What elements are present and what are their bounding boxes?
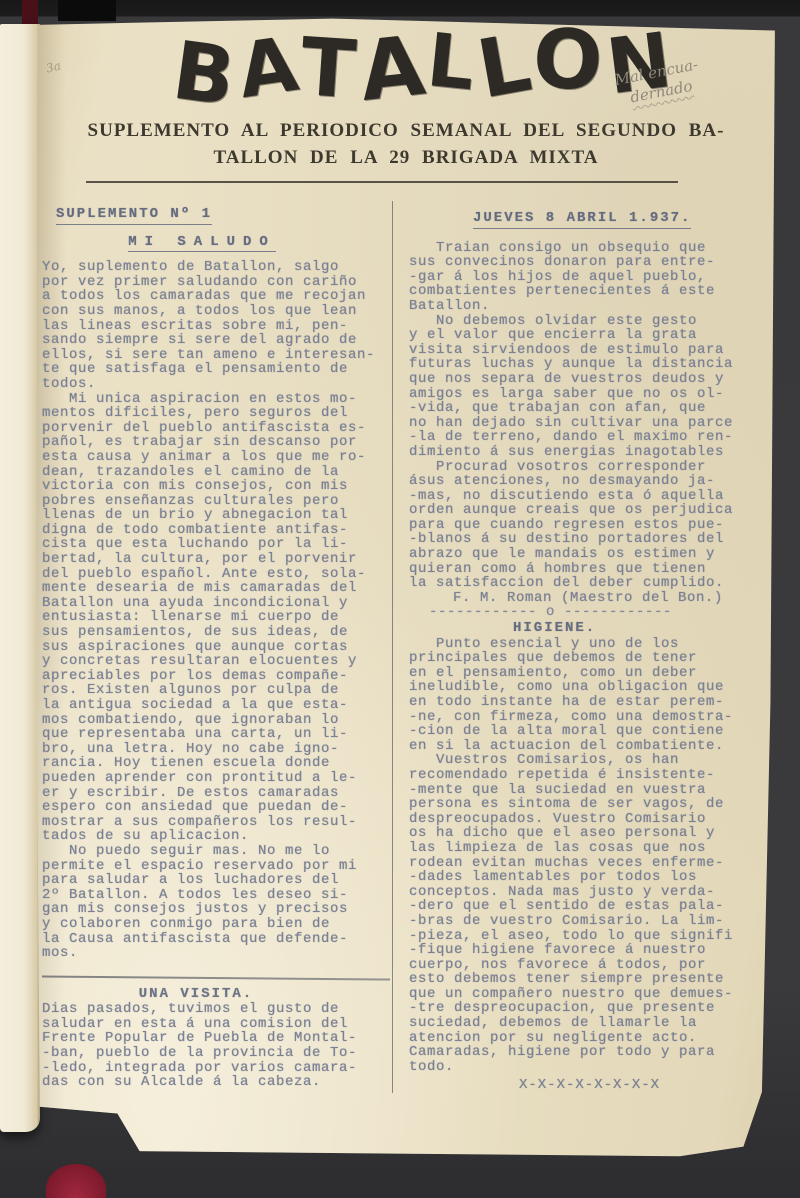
higiene-paragraph-1: Punto esencial y uno de los principales … <box>409 637 772 754</box>
masthead-subtitle: SUPLEMENTO AL PERIODICO SEMANAL DEL SEGU… <box>36 117 776 171</box>
visita-cont-paragraph-2: No debemos olvidar este gesto y el valor… <box>409 314 772 460</box>
left-column: SUPLEMENTO Nº 1 MI SALUDO Yo, suplemento… <box>42 201 392 1093</box>
signature: F. M. Roman (Maestro del Bon.) <box>453 591 772 606</box>
higiene-paragraph-2: Vuestros Comisarios, os han recomendado … <box>409 753 772 1074</box>
supplement-number: SUPLEMENTO Nº 1 <box>56 207 212 225</box>
section-title-una-visita: UNA VISITA. <box>42 987 350 1002</box>
end-mark: X-X-X-X-X-X-X-X <box>519 1078 772 1093</box>
date-header: JUEVES 8 ABRIL 1.937. <box>473 211 691 229</box>
typed-divider: ------------ o ------------ <box>429 605 772 620</box>
masthead: BATALLÓN Mal encua- dernado SUPLEMENTO A… <box>36 18 776 183</box>
book-spine-bottom <box>46 1164 106 1198</box>
saludo-paragraph-1: Yo, suplemento de Batallon, salgo por ve… <box>42 260 390 391</box>
background-notch <box>58 0 116 21</box>
newspaper-page: 3a BATALLÓN Mal encua- dernado SUPLEMENT… <box>36 18 776 1158</box>
underlying-page-edge <box>0 24 40 1132</box>
saludo-paragraph-2: Mi unica aspiracion en estos mo- mentos … <box>42 392 390 844</box>
section-divider-rule <box>42 975 390 980</box>
right-column: JUEVES 8 ABRIL 1.937. Traian consigo un … <box>392 201 776 1093</box>
article-columns: SUPLEMENTO Nº 1 MI SALUDO Yo, suplemento… <box>36 201 776 1093</box>
visita-cont-paragraph-3: Procurad vosotros corresponder ásus aten… <box>409 460 772 591</box>
masthead-subtitle-line1: SUPLEMENTO AL PERIODICO SEMANAL DEL SEGU… <box>36 117 776 144</box>
visita-paragraph-1: Dias pasados, tuvimos el gusto de saluda… <box>42 1002 390 1090</box>
masthead-rule <box>86 181 678 183</box>
masthead-subtitle-line2: TALLON DE LA 29 BRIGADA MIXTA <box>36 144 776 171</box>
scan-background: 3a BATALLÓN Mal encua- dernado SUPLEMENT… <box>0 0 800 1198</box>
saludo-paragraph-3: No puedo seguir mas. No me lo permite el… <box>42 844 390 961</box>
visita-cont-paragraph-1: Traian consigo un obsequio que sus conve… <box>409 241 772 314</box>
section-title-mi-saludo: MI SALUDO <box>128 235 276 253</box>
section-title-higiene: HIGIENE. <box>513 621 596 636</box>
